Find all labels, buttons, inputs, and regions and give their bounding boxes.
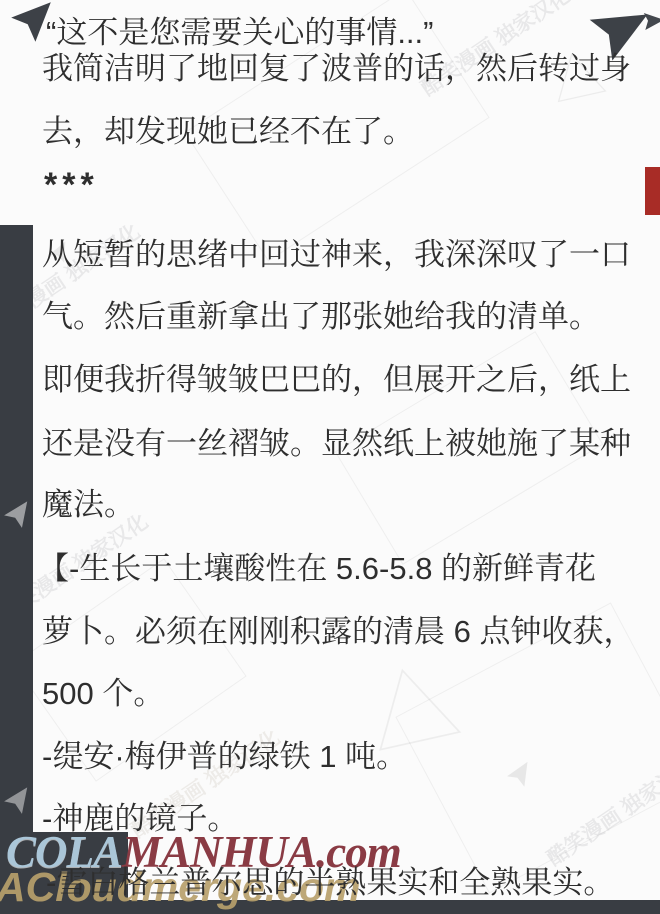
- text-line: 500 个。: [42, 674, 164, 714]
- text-line: 气。然后重新拿出了那张她给我的清单。: [42, 297, 600, 337]
- novel-text-page: 酷笑漫画 独家汉化 酷笑漫画 独家汉化 酷笑漫画 独家汉化 酷笑漫画 独家汉化 …: [0, 0, 660, 914]
- strip-paper-plane-icon: [0, 784, 33, 820]
- text-line: -缇安·梅伊普的绿铁 1 吨。: [42, 737, 407, 777]
- right-edge-red-badge: [645, 167, 660, 215]
- text-line: 即便我折得皱皱巴巴的，但展开之后，纸上: [42, 360, 631, 400]
- text-line: 我简洁明了地回复了波普的话，然后转过身: [42, 49, 631, 89]
- text-line: -神鹿的镜子。: [42, 799, 238, 839]
- text-line: “这不是您需要关心的事情...”: [46, 13, 433, 53]
- text-line: 从短暂的思绪中回过神来，我深深叹了一口: [42, 235, 631, 275]
- text-line: -雪白格兰普尔思的半熟果实和全熟果实。: [46, 863, 614, 903]
- text-line: 【-生长于土壤酸性在 5.6-5.8 的新鲜青花: [38, 549, 596, 589]
- text-line: 萝卜。必须在刚刚积露的清晨 6 点钟收获，: [42, 612, 634, 652]
- text-line: 魔法。: [42, 485, 135, 525]
- text-line: 去，却发现她已经不在了。: [42, 112, 414, 152]
- scene-break-marker: ***: [44, 165, 99, 205]
- strip-paper-plane-icon: [0, 498, 33, 534]
- text-line: 还是没有一丝褶皱。显然纸上被她施了某种: [42, 424, 631, 464]
